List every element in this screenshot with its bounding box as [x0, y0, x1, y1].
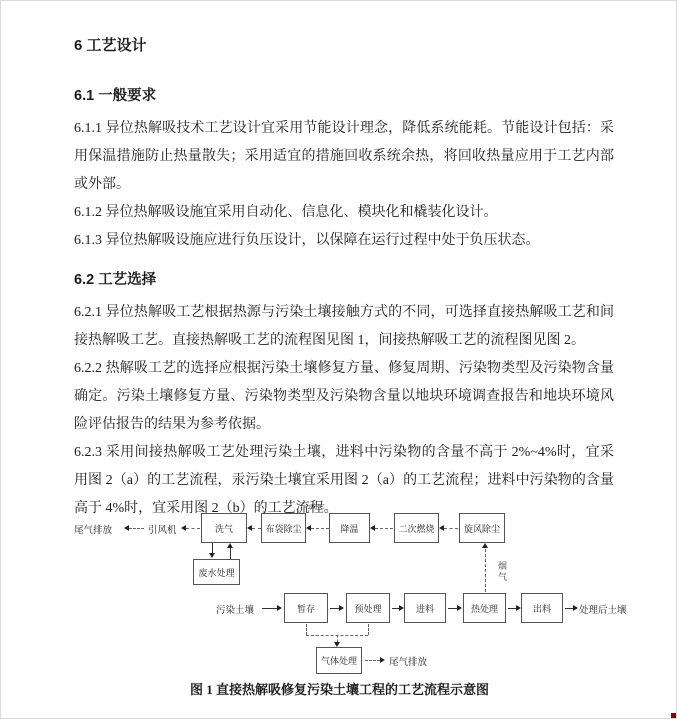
arrow-head-down [209, 553, 215, 558]
figure-caption: 图 1 直接热解吸修复污染土壤工程的工艺流程示意图 [1, 679, 677, 698]
flow-box-feed: 进料 [404, 593, 446, 623]
figure-1-flowchart: 尾气排放 引风机 洗气 布袋除尘 <230℃ 降温 二次燃烧 旋风除尘 废水处理… [1, 496, 677, 701]
flow-box-thermal: 热处理 [463, 593, 506, 623]
arrow-line [337, 635, 338, 642]
subsection-6-1-heading: 6.1 一般要求 [74, 85, 614, 107]
arrow-line [392, 608, 399, 609]
flow-box-discharge: 出料 [521, 593, 563, 623]
paragraph-6-1-1: 6.1.1 异位热解吸技术工艺设计宜采用节能设计理念，降低系统能耗。节能设计包括… [74, 115, 614, 199]
arrow-line [565, 608, 573, 609]
arrow-line [262, 608, 277, 609]
flow-label-fan: 引风机 [148, 522, 177, 536]
subsection-6-2-heading: 6.2 工艺选择 [74, 269, 614, 291]
arrow-line [129, 528, 144, 529]
flow-label-soil-in: 污染土壤 [216, 602, 254, 616]
arrow-line [306, 624, 307, 635]
arrow-head-up [482, 543, 488, 548]
flow-box-wastewater: 废水处理 [193, 559, 240, 585]
arrow-line [330, 608, 339, 609]
arrow-head-left [370, 525, 375, 531]
document-page: 6 工艺设计 6.1 一般要求 6.1.1 异位热解吸技术工艺设计宜采用节能设计… [0, 0, 677, 719]
arrow-head-right [339, 605, 344, 611]
flow-box-pretreat: 预处理 [346, 593, 390, 623]
flow-box-storage: 暂存 [284, 593, 328, 623]
arrow-head-left [181, 525, 186, 531]
flow-label-exhaust-top: 尾气排放 [74, 522, 112, 536]
flow-box-cyclone: 旋风除尘 [459, 513, 505, 543]
flow-box-scrub: 洗气 [201, 513, 247, 543]
temperature-label: <230℃ [304, 503, 325, 511]
arrow-line [368, 624, 369, 635]
arrow-line [230, 548, 231, 559]
arrow-line [311, 528, 329, 529]
arrow-head-right [573, 605, 578, 611]
paragraph-6-2-1: 6.2.1 异位热解吸工艺根据热源与污染土壤接触方式的不同，可选择直接热解吸工艺… [74, 299, 614, 355]
paragraph-6-2-2: 6.2.2 热解吸工艺的选择应根据污染土壤修复方量、修复周期、污染物类型及污染物… [74, 355, 614, 439]
arrow-head-left [247, 525, 252, 531]
scan-artifact [671, 713, 677, 719]
arrow-line [365, 660, 380, 661]
flow-box-gas-treat: 气体处理 [316, 647, 362, 674]
arrow-head-left [306, 525, 311, 531]
arrow-head-right [277, 605, 282, 611]
flow-label-exhaust-bottom: 尾气排放 [389, 654, 427, 668]
document-body: 6 工艺设计 6.1 一般要求 6.1.1 异位热解吸技术工艺设计宜采用节能设计… [1, 1, 676, 523]
arrow-head-left [124, 525, 129, 531]
arrow-line [212, 543, 213, 553]
arrow-head-right [457, 605, 462, 611]
arrow-line [485, 549, 486, 592]
arrow-head-left [439, 525, 444, 531]
arrow-line [444, 528, 458, 529]
section-heading: 6 工艺设计 [74, 35, 614, 57]
flue-gas-label: 烟气 [496, 561, 509, 583]
arrow-head-right [380, 657, 385, 663]
arrow-line [252, 528, 261, 529]
arrow-line [448, 608, 457, 609]
flow-box-secondary-burn: 二次燃烧 [394, 513, 439, 543]
flow-box-bag-filter: 布袋除尘 [261, 513, 306, 543]
flow-box-cooling: 降温 [329, 513, 370, 543]
paragraph-6-1-2: 6.1.2 异位热解吸设施宜采用自动化、信息化、模块化和橇装化设计。 [74, 199, 614, 227]
arrow-line [375, 528, 393, 529]
paragraph-6-1-3: 6.1.3 异位热解吸设施应进行负压设计，以保障在运行过程中处于负压状态。 [74, 227, 614, 255]
arrow-line [186, 528, 200, 529]
arrow-head-up [227, 543, 233, 548]
arrow-line [508, 608, 516, 609]
flow-label-soil-out: 处理后土壤 [579, 602, 627, 616]
